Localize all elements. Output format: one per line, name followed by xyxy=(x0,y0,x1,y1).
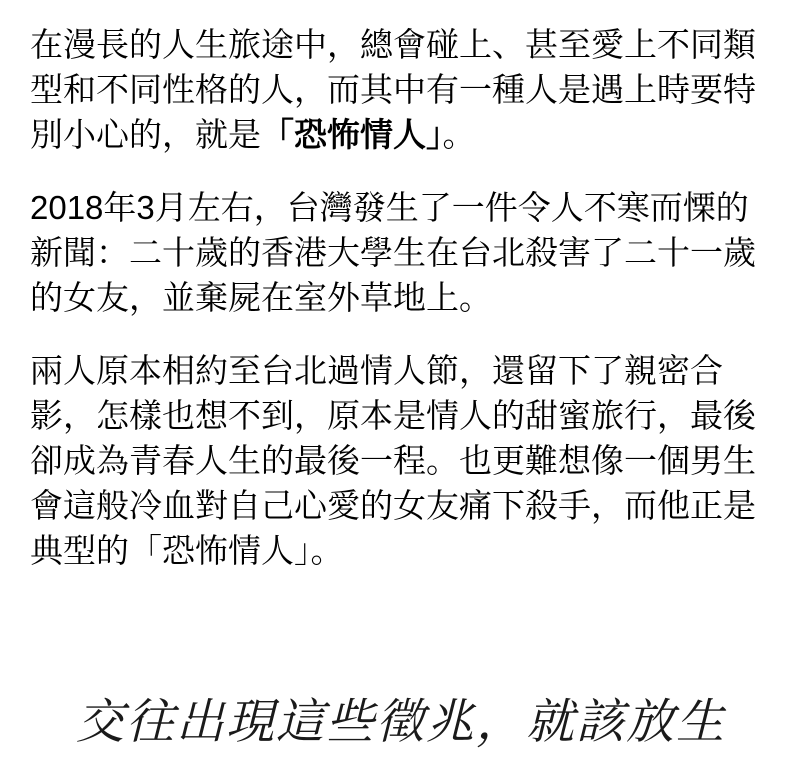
scary-lover-term-bold: 「恐怖情人」 xyxy=(261,116,443,153)
paragraph-intro: 在漫長的人生旅途中，總會碰上、甚至愛上不同類 型和不同性格的人，而其中有一種人是… xyxy=(30,22,772,157)
section-heading: 交往出現這些徵兆，就該放生 xyxy=(30,693,772,753)
paragraph-intro-period: 。 xyxy=(443,116,476,153)
article-page: 在漫長的人生旅途中，總會碰上、甚至愛上不同類 型和不同性格的人，而其中有一種人是… xyxy=(0,0,800,781)
paragraph-story-detail: 兩人原本相約至台北過情人節，還留下了親密合 影，怎樣也想不到，原本是情人的甜蜜旅… xyxy=(30,348,772,573)
paragraph-news-event: 2018年3月左右，台灣發生了一件令人不寒而慄的 新聞：二十歲的香港大學生在台北… xyxy=(30,185,772,320)
